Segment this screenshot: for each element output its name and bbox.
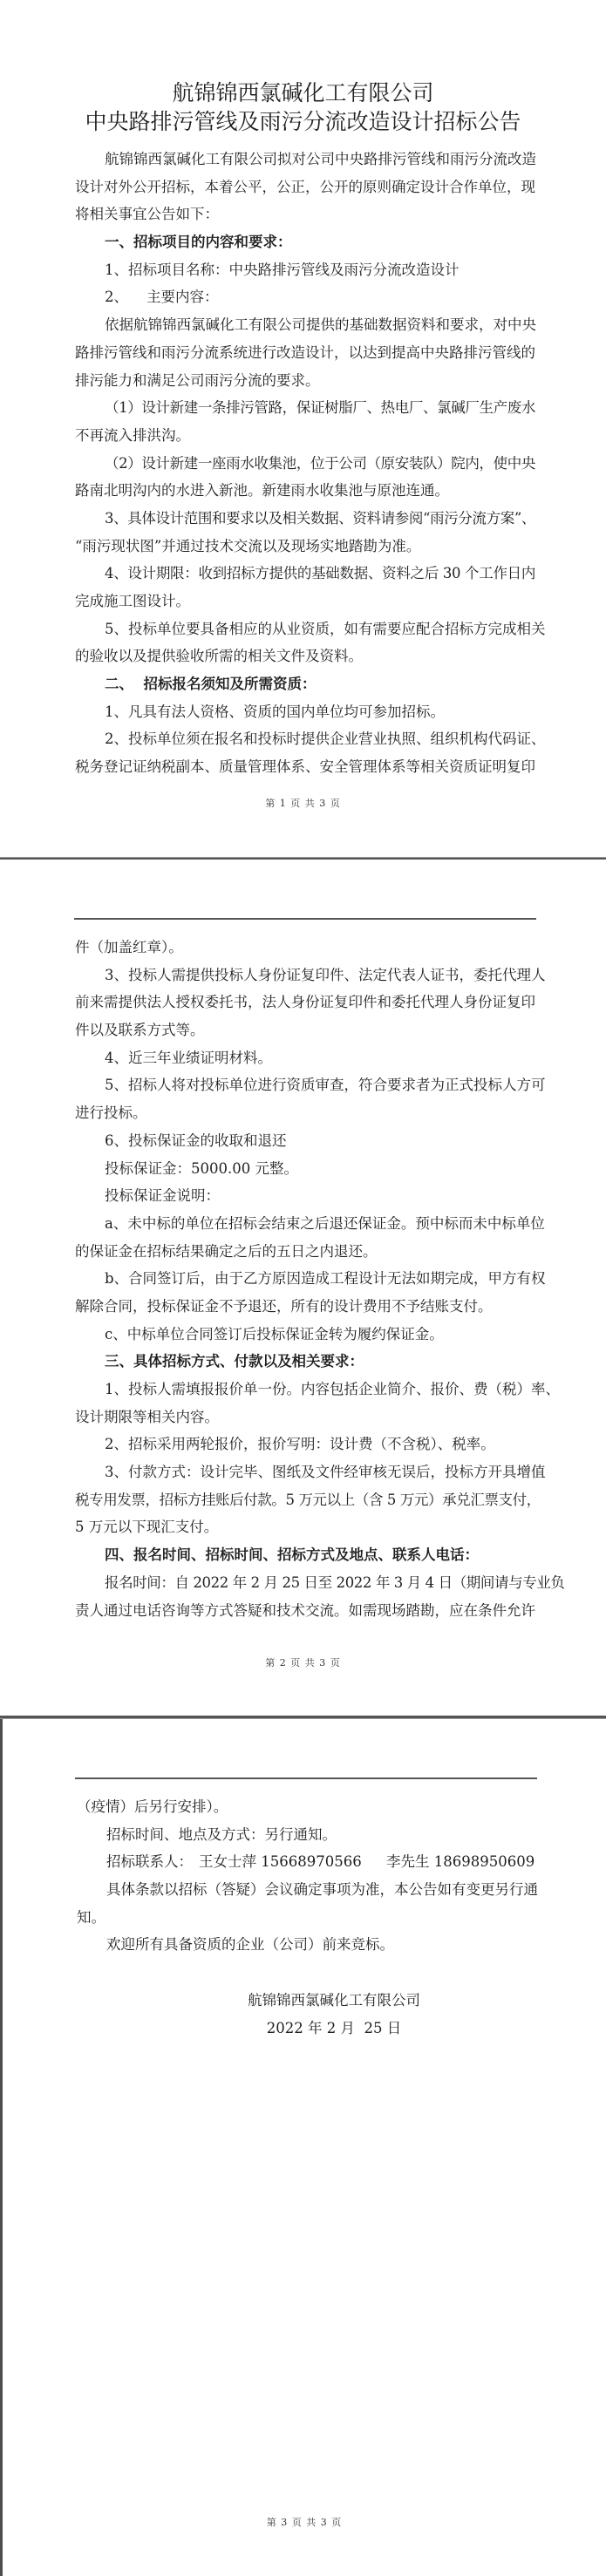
title-announcement: 中央路排污管线及雨污分流改造设计招标公告	[0, 107, 606, 136]
bid-method-1-line: 1、投标人需填报报价单一份。内容包括企业简介、报价、费（税）率、	[75, 1376, 535, 1404]
blank-line	[77, 1959, 537, 1987]
deposit-note-b-line: 解除合同，投标保证金不予退还，所有的设计费用不予结账支付。	[75, 1293, 535, 1321]
welcome-line: 欢迎所有具备资质的企业（公司）前来竞标。	[77, 1931, 537, 1959]
item-3-line: 3、具体设计范围和要求以及相关数据、资料请参阅“雨污分流方案”、	[75, 505, 535, 533]
contact-label: 招标联系人：	[106, 1848, 193, 1876]
contact-person-1: 王女士萍 15668970566	[199, 1848, 362, 1876]
intro-paragraph-line: 航锦锦西氯碱化工有限公司拟对公司中央路排污管线和雨污分流改造	[75, 146, 535, 173]
item-4-line: 完成施工图设计。	[75, 588, 535, 615]
page-number-footer: 第 2 页 共 3 页	[0, 1656, 606, 1670]
deposit-note-b-line: b、合同签订后，由于乙方原因造成工程设计无法如期完成，甲方有权	[75, 1265, 535, 1293]
requirement-5-line: 进行投标。	[75, 1099, 535, 1127]
item-main-content: 2、 主要内容：	[75, 283, 535, 311]
section-heading-1: 一、招标项目的内容和要求：	[75, 228, 535, 256]
deposit-note-a-line: 的保证金在招标结果确定之后的五日之内退还。	[75, 1238, 535, 1266]
requirement-3-line: 3、投标人需提供投标人身份证复印件、法定代表人证书，委托代理人	[75, 962, 535, 989]
page-1-body: 航锦锦西氯碱化工有限公司拟对公司中央路排污管线和雨污分流改造 设计对外公开招标，…	[75, 146, 535, 781]
requirement-3-line: 前来需提供法人授权委托书，法人身份证复印件和委托代理人身份证复印	[75, 989, 535, 1016]
terms-note-line: 具体条款以招标（答疑）会议确定事项为准，本公告如有变更另行通	[77, 1876, 537, 1904]
page-2-body: 件（加盖红章）。 3、投标人需提供投标人身份证复印件、法定代表人证书，委托代理人…	[75, 934, 535, 1624]
item-5-line: 的验收以及提供验收所需的相关文件及资料。	[75, 642, 535, 670]
requirement-2-line: 税务登记证纳税副本、质量管理体系、安全管理体系等相关资质证明复印	[75, 753, 535, 781]
deposit-note-a-line: a、未中标的单位在招标会结束之后退还保证金。预中标而未中标单位	[75, 1210, 535, 1238]
item-4-line: 4、设计期限：收到招标方提供的基础数据、资料之后 30 个工作日内	[75, 560, 535, 588]
requirement-1-line: 1、凡具有法人资格、资质的国内单位均可参加招标。	[75, 698, 535, 726]
item-5-line: 5、投标单位要具备相应的从业资质，如有需要应配合招标方完成相关	[75, 615, 535, 643]
payment-method-line: 3、付款方式：设计完毕、图纸及文件经审核无误后，投标方开具增值	[75, 1458, 535, 1486]
sub-item-2-line: （2）设计新建一座雨水收集池，位于公司（原安装队）院内，使中央	[75, 450, 535, 478]
page-number-footer: 第 1 页 共 3 页	[0, 797, 606, 811]
registration-time-line: 责人通过电话咨询等方式答疑和技术交流。如需现场踏勘，应在条件允许	[75, 1597, 535, 1625]
paragraph-line: 排污能力和满足公司雨污分流的要求。	[75, 367, 535, 395]
terms-note-line: 知。	[77, 1904, 537, 1932]
section-heading-4: 四、报名时间、招标时间、招标方式及地点、联系人电话：	[75, 1541, 535, 1569]
item-3-line: “雨污现状图”并通过技术交流以及现场实地踏勘为准。	[75, 533, 535, 561]
sub-item-2-line: 路南北明沟内的水进入新池。新建雨水收集池与原池连通。	[75, 477, 535, 505]
bid-time-place: 招标时间、地点及方式：另行通知。	[77, 1821, 537, 1849]
sub-item-1-line: 不再流入排洪沟。	[75, 422, 535, 450]
header-rule	[74, 918, 536, 920]
requirement-2-line: 2、投标单位须在报名和投标时提供企业营业执照、组织机构代码证、	[75, 725, 535, 753]
signature-company: 航锦锦西氯碱化工有限公司	[77, 1987, 537, 2015]
contact-name: 王女士萍	[199, 1853, 256, 1870]
paragraph-line: 件（加盖红章）。	[75, 934, 535, 962]
requirement-6-line: 6、投标保证金的收取和退还	[75, 1127, 535, 1155]
registration-time-line: 报名时间：自 2022 年 2 月 25 日至 2022 年 3 月 4 日（期…	[75, 1569, 535, 1597]
payment-method-line: 税专用发票，招标方挂账后付款。5 万元以上（含 5 万元）承兑汇票支付，	[75, 1486, 535, 1514]
sub-item-1-line: （1）设计新建一条排污管路，保证树脂厂、热电厂、氯碱厂生产废水	[75, 394, 535, 422]
payment-method-line: 5 万元以下现汇支付。	[75, 1513, 535, 1541]
page-2: 件（加盖红章）。 3、投标人需提供投标人身份证复印件、法定代表人证书，委托代理人…	[0, 860, 606, 1716]
item-project-name: 1、招标项目名称：中央路排污管线及雨污分流改造设计	[75, 256, 535, 284]
deposit-note-c-line: c、中标单位合同签订后投标保证金转为履约保证金。	[75, 1321, 535, 1349]
intro-paragraph-line: 将相关事宜公告如下：	[75, 201, 535, 228]
deposit-amount: 投标保证金：5000.00 元整。	[75, 1155, 535, 1183]
contact-phone: 15668970566	[261, 1853, 361, 1870]
contact-phone: 18698950609	[434, 1853, 535, 1870]
page-3: （疫情）后另行安排）。 招标时间、地点及方式：另行通知。 招标联系人： 王女士萍…	[0, 1719, 606, 2576]
page-number-footer: 第 3 页 共 3 页	[3, 2516, 606, 2530]
deposit-notes-label: 投标保证金说明：	[75, 1182, 535, 1210]
intro-paragraph-line: 设计对外公开招标，本着公平，公正，公开的原则确定设计合作单位，现	[75, 173, 535, 201]
contact-name: 李先生	[386, 1853, 430, 1870]
section-heading-3: 三、具体招标方式、付款以及相关要求：	[75, 1348, 535, 1376]
page-3-body: （疫情）后另行安排）。 招标时间、地点及方式：另行通知。 招标联系人： 王女士萍…	[77, 1793, 537, 2042]
bid-method-1-line: 设计期限等相关内容。	[75, 1404, 535, 1431]
title-company: 航锦锦西氯碱化工有限公司	[0, 78, 606, 107]
signature-date: 2022 年 2 月 25 日	[77, 2015, 537, 2042]
bid-method-2-line: 2、招标采用两轮报价，报价写明：设计费（不含税）、税率。	[75, 1431, 535, 1458]
requirement-5-line: 5、招标人将对投标单位进行资质审查，符合要求者为正式投标人方可	[75, 1071, 535, 1099]
paragraph-line: 依据航锦锦西氯碱化工有限公司提供的基础数据资料和要求，对中央	[75, 311, 535, 339]
registration-time-line: （疫情）后另行安排）。	[77, 1793, 537, 1821]
contact-line: 招标联系人： 王女士萍 15668970566 李先生 18698950609	[77, 1848, 537, 1876]
header-rule	[75, 1777, 537, 1779]
paragraph-line: 路排污管线和雨污分流系统进行改造设计，以达到提高中央路排污管线的	[75, 339, 535, 367]
page-1: 航锦锦西氯碱化工有限公司 中央路排污管线及雨污分流改造设计招标公告 航锦锦西氯碱…	[0, 0, 606, 857]
section-heading-2: 二、 招标报名须知及所需资质：	[75, 670, 535, 698]
requirement-4-line: 4、近三年业绩证明材料。	[75, 1044, 535, 1072]
requirement-3-line: 件以及联系方式等。	[75, 1016, 535, 1044]
contact-person-2: 李先生 18698950609	[386, 1848, 535, 1876]
document-title: 航锦锦西氯碱化工有限公司 中央路排污管线及雨污分流改造设计招标公告	[0, 78, 606, 136]
